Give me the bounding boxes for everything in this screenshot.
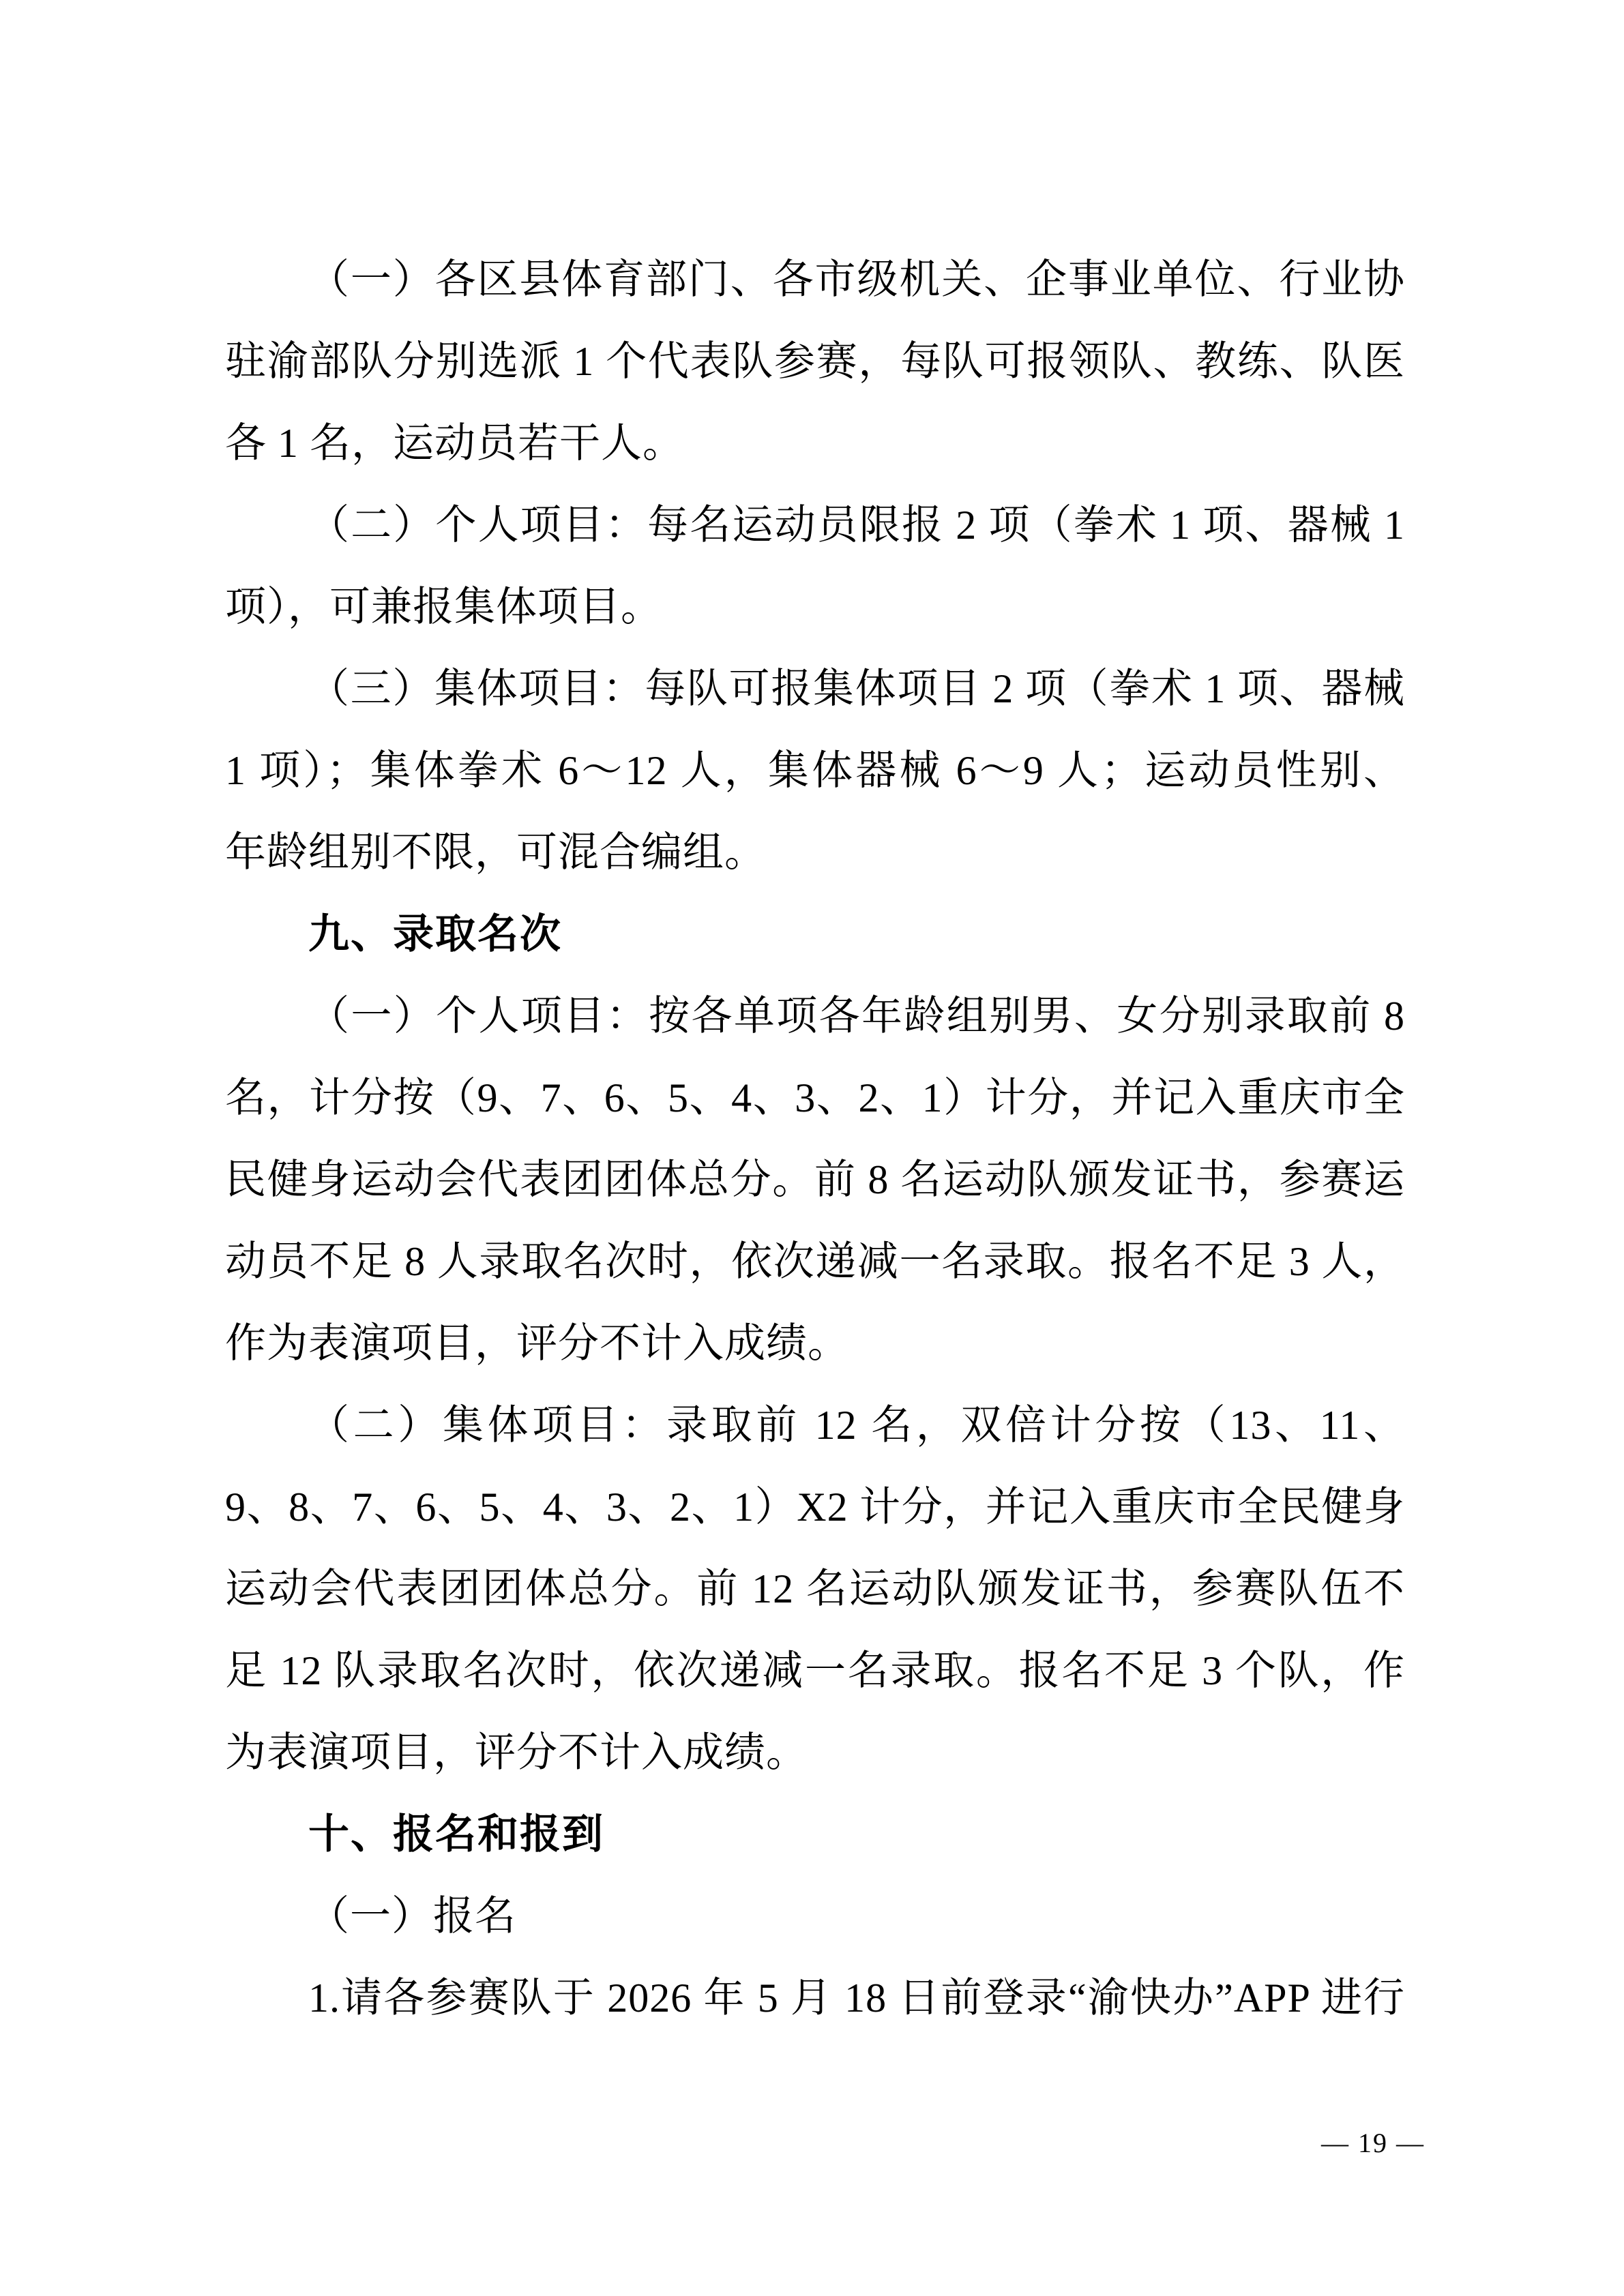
text-line: （二）个人项目：每名运动员限报 2 项（拳术 1 项、器械 1 — [225, 484, 1405, 566]
text-line: 驻渝部队分别选派 1 个代表队参赛，每队可报领队、教练、队医 — [225, 320, 1405, 402]
heading-section-10: 十、报名和报到 — [225, 1793, 1405, 1875]
text-line: 运动会代表团团体总分。前 12 名运动队颁发证书，参赛队伍不 — [225, 1548, 1405, 1630]
text-line: （三）集体项目：每队可报集体项目 2 项（拳术 1 项、器械 — [225, 648, 1405, 730]
text-line: 作为表演项目，评分不计入成绩。 — [225, 1302, 1405, 1384]
text-line: 各 1 名，运动员若干人。 — [225, 402, 1405, 484]
text-line: （一）个人项目：按各单项各年龄组别男、女分别录取前 8 — [225, 975, 1405, 1057]
document-body: （一）各区县体育部门、各市级机关、企事业单位、行业协会、 驻渝部队分别选派 1 … — [225, 239, 1405, 2039]
text-line: 1 项）；集体拳术 6～12 人，集体器械 6～9 人；运动员性别、 — [225, 730, 1405, 811]
text-line: （一）各区县体育部门、各市级机关、企事业单位、行业协会、 — [225, 239, 1405, 320]
text-line: （一）报名 — [225, 1875, 1405, 1957]
heading-section-9: 九、录取名次 — [225, 893, 1405, 975]
text-line: （二）集体项目：录取前 12 名，双倍计分按（13、11、10、 — [225, 1384, 1405, 1466]
document-page: （一）各区县体育部门、各市级机关、企事业单位、行业协会、 驻渝部队分别选派 1 … — [0, 0, 1624, 2296]
text-line: 动员不足 8 人录取名次时，依次递减一名录取。报名不足 3 人， — [225, 1221, 1405, 1302]
text-line: 项），可兼报集体项目。 — [225, 566, 1405, 648]
text-line: 1.请各参赛队于 2026 年 5 月 18 日前登录“渝快办”APP 进行 — [225, 1957, 1405, 2039]
text-line: 名，计分按（9、7、6、5、4、3、2、1）计分，并记入重庆市全 — [225, 1057, 1405, 1139]
text-line: 为表演项目，评分不计入成绩。 — [225, 1712, 1405, 1793]
text-line: 足 12 队录取名次时，依次递减一名录取。报名不足 3 个队，作 — [225, 1630, 1405, 1712]
page-number: — 19 — — [1321, 2126, 1425, 2160]
text-line: 年龄组别不限，可混合编组。 — [225, 811, 1405, 893]
text-line: 民健身运动会代表团团体总分。前 8 名运动队颁发证书，参赛运 — [225, 1139, 1405, 1221]
text-line: 9、8、7、6、5、4、3、2、1）X2 计分，并记入重庆市全民健身 — [225, 1466, 1405, 1548]
